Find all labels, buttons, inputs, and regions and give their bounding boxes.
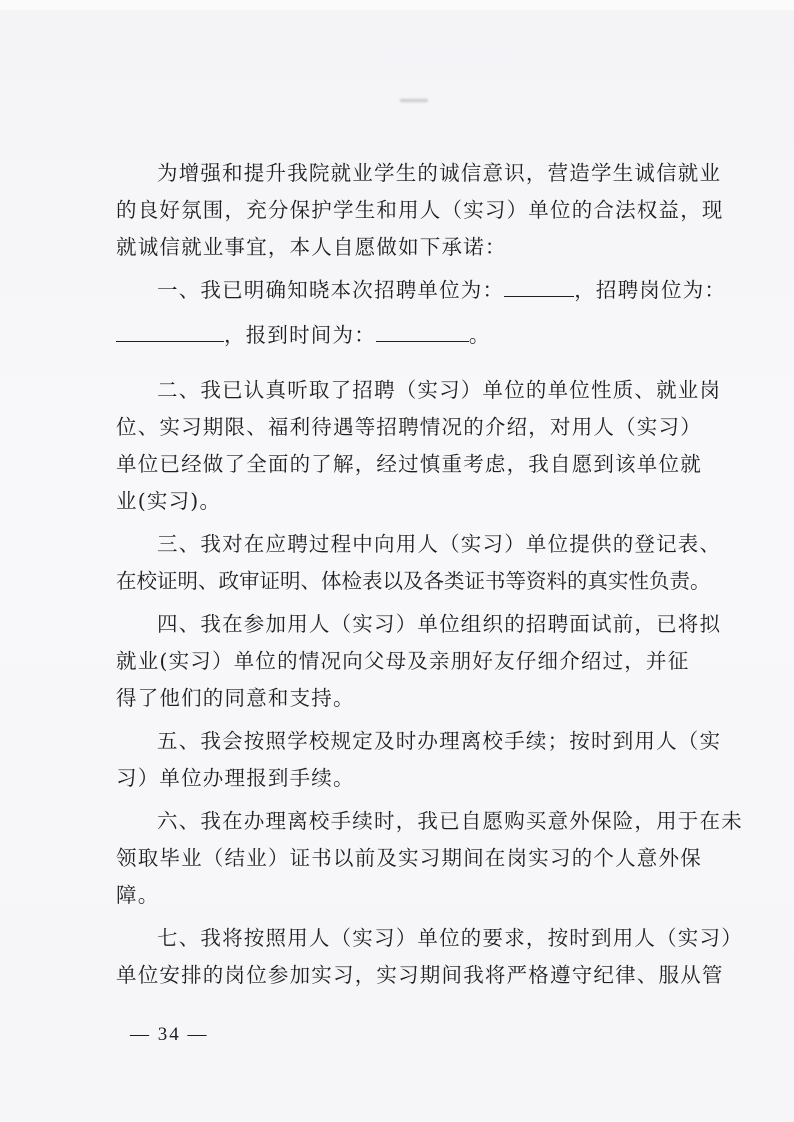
text-segment: ，招聘岗位为： bbox=[574, 278, 726, 302]
text-segment: 。 bbox=[469, 323, 491, 347]
text-line: 习）单位办理报到手续。 bbox=[116, 760, 686, 797]
page-top-edge bbox=[0, 0, 794, 10]
paragraph-item-7: 七、我将按照用人（实习）单位的要求，按时到用人（实习） 单位安排的岗位参加实习，… bbox=[116, 920, 686, 994]
text-line: 障。 bbox=[116, 877, 686, 914]
text-line: 为增强和提升我院就业学生的诚信意识，营造学生诚信就业 bbox=[116, 155, 686, 192]
text-segment: 一、我已明确知晓本次招聘单位为： bbox=[157, 278, 504, 302]
position-blank-field[interactable] bbox=[116, 319, 224, 342]
paragraph-item-6: 六、我在办理离校手续时，我已自愿购买意外保险，用于在未 领取毕业（结业）证书以前… bbox=[116, 803, 686, 914]
text-line: 单位已经做了全面的了解，经过慎重考虑，我自愿到该单位就 bbox=[116, 446, 686, 483]
bleed-through-mark bbox=[400, 99, 428, 102]
paragraph-item-4: 四、我在参加用人（实习）单位组织的招聘面试前，已将拟 就业(实习）单位的情况向父… bbox=[116, 606, 686, 717]
text-line: 就诚信就业事宜，本人自愿做如下承诺： bbox=[116, 229, 686, 266]
text-line: 就业(实习）单位的情况向父母及亲朋好友仔细介绍过，并征 bbox=[116, 643, 686, 680]
text-segment: ，报到时间为： bbox=[224, 323, 376, 347]
paragraph-item-2: 二、我已认真听取了招聘（实习）单位的单位性质、就业岗 位、实习期限、福利待遇等招… bbox=[116, 372, 686, 520]
text-line: 得了他们的同意和支持。 bbox=[116, 680, 686, 717]
paragraph-item-1: 一、我已明确知晓本次招聘单位为：，招聘岗位为： ，报到时间为：。 bbox=[116, 272, 686, 354]
text-line: ，报到时间为：。 bbox=[116, 317, 686, 354]
page-number: — 34 — bbox=[130, 1024, 209, 1046]
text-line: 三、我对在应聘过程中向用人（实习）单位提供的登记表、 bbox=[116, 526, 686, 563]
text-line: 单位安排的岗位参加实习，实习期间我将严格遵守纪律、服从管 bbox=[116, 957, 686, 994]
text-line: 二、我已认真听取了招聘（实习）单位的单位性质、就业岗 bbox=[116, 372, 686, 409]
paragraph-item-5: 五、我会按照学校规定及时办理离校手续；按时到用人（实 习）单位办理报到手续。 bbox=[116, 723, 686, 797]
text-line: 业(实习)。 bbox=[116, 483, 686, 520]
text-line: 七、我将按照用人（实习）单位的要求，按时到用人（实习） bbox=[116, 920, 686, 957]
text-line: 一、我已明确知晓本次招聘单位为：，招聘岗位为： bbox=[116, 272, 686, 309]
text-line: 领取毕业（结业）证书以前及实习期间在岗实习的个人意外保 bbox=[116, 840, 686, 877]
text-line: 四、我在参加用人（实习）单位组织的招聘面试前，已将拟 bbox=[116, 606, 686, 643]
text-line: 位、实习期限、福利待遇等招聘情况的介绍，对用人（实习） bbox=[116, 409, 686, 446]
text-line: 六、我在办理离校手续时，我已自愿购买意外保险，用于在未 bbox=[116, 803, 686, 840]
document-page: 为增强和提升我院就业学生的诚信意识，营造学生诚信就业 的良好氛围，充分保护学生和… bbox=[0, 0, 794, 1122]
report-date-blank-field[interactable] bbox=[376, 319, 469, 342]
document-body: 为增强和提升我院就业学生的诚信意识，营造学生诚信就业 的良好氛围，充分保护学生和… bbox=[116, 155, 686, 994]
employer-blank-field[interactable] bbox=[504, 274, 574, 297]
text-line: 五、我会按照学校规定及时办理离校手续；按时到用人（实 bbox=[116, 723, 686, 760]
paragraph-intro: 为增强和提升我院就业学生的诚信意识，营造学生诚信就业 的良好氛围，充分保护学生和… bbox=[116, 155, 686, 266]
text-line: 在校证明、政审证明、体检表以及各类证书等资料的真实性负责。 bbox=[116, 563, 686, 600]
text-line: 的良好氛围，充分保护学生和用人（实习）单位的合法权益，现 bbox=[116, 192, 686, 229]
paragraph-item-3: 三、我对在应聘过程中向用人（实习）单位提供的登记表、 在校证明、政审证明、体检表… bbox=[116, 526, 686, 600]
